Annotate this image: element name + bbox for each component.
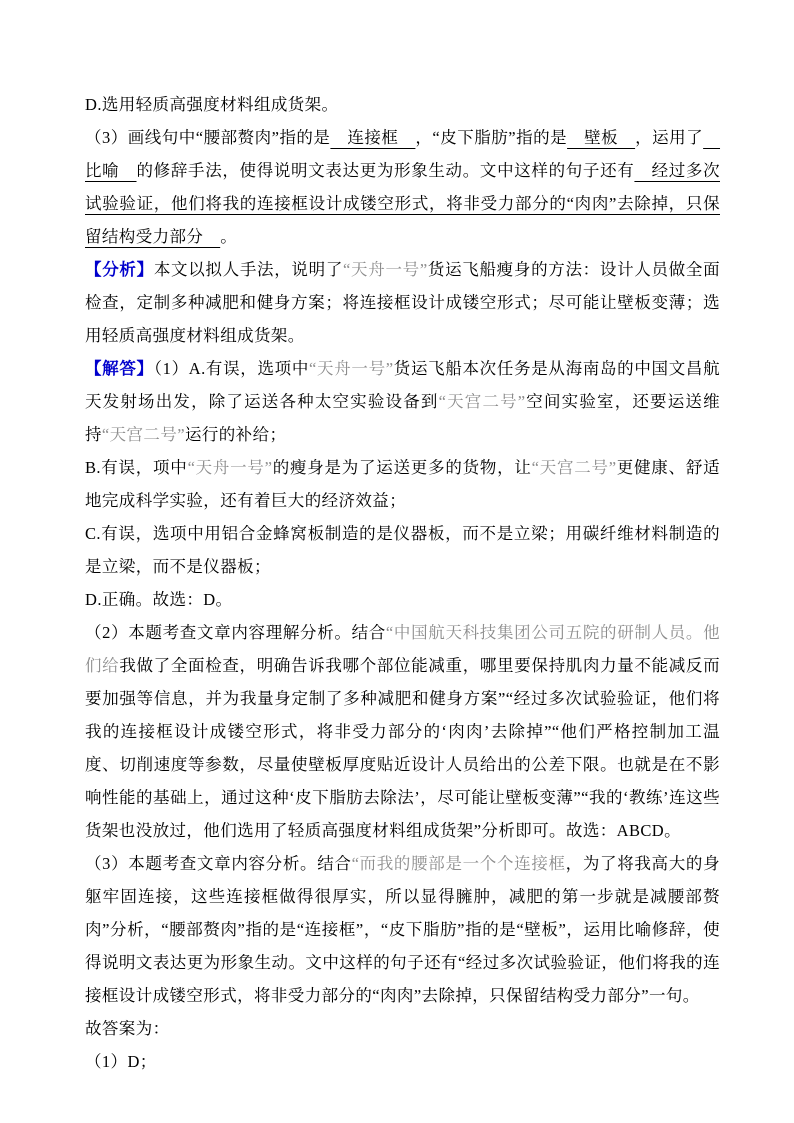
answer-3-paragraph-segment-gray: “而我的腰部是一个个连接框	[352, 854, 566, 873]
answer-1-option-a-segment-blue: 【解答】	[85, 359, 154, 378]
answer-3-paragraph: （3）本题考查文章内容分析。结合“而我的腰部是一个个连接框，为了将我高大的身躯牢…	[85, 847, 720, 1012]
question-3-with-answers-segment-normal: ，“皮下脂肪”指的是	[415, 128, 567, 147]
final-answer-label-segment-normal: 故答案为：	[85, 1019, 170, 1038]
answer-1-option-a-segment-gray: “天舟一号”	[309, 359, 393, 378]
option-d-line: D.选用轻质高强度材料组成货架。	[85, 88, 720, 121]
question-3-with-answers-segment-underline: 壁板	[567, 128, 635, 147]
answer-1-option-a-segment-normal: 运行的补给；	[185, 425, 286, 444]
answer-1-option-a: 【解答】（1）A.有误，选项中“天舟一号”货运飞船本次任务是从海南岛的中国文昌航…	[85, 352, 720, 451]
answer-1-option-d-segment-normal: D.正确。故选：D。	[85, 590, 232, 609]
answer-3-paragraph-segment-normal: （3）本题考查文章内容分析。结合	[85, 854, 352, 873]
final-answer-item-1: （1）D；	[85, 1045, 720, 1078]
answer-1-option-b-segment-gray: “天宫二号”	[532, 458, 617, 477]
a4-page: D.选用轻质高强度材料组成货架。（3）画线句中“腰部赘肉”指的是 连接框 ，“皮…	[0, 0, 794, 1123]
question-3-with-answers-segment-normal: ，运用了	[635, 128, 703, 147]
question-3-with-answers-segment-underline: 连接框	[330, 128, 415, 147]
final-answer-label: 故答案为：	[85, 1012, 720, 1045]
answer-2-paragraph-segment-normal: 我做了全面检查，明确告诉我哪个部位能减重，哪里要保持肌肉力量不能减反而要加强等信…	[85, 656, 720, 840]
answer-1-option-c: C.有误，选项中用铝合金蜂窝板制造的是仪器板，而不是立梁；用碳纤维材料制造的是立…	[85, 517, 720, 583]
analysis-paragraph-segment-normal: 本文以拟人手法，说明了	[154, 260, 343, 279]
question-3-with-answers-segment-normal: 。	[220, 227, 237, 246]
option-d-line-segment-normal: D.选用轻质高强度材料组成货架。	[85, 95, 338, 114]
answer-1-option-a-segment-normal: （1）A.有误，选项中	[154, 359, 309, 378]
analysis-paragraph: 【分析】本文以拟人手法，说明了“天舟一号”货运飞船瘦身的方法：设计人员做全面检查…	[85, 253, 720, 352]
final-answer-item-1-segment-normal: （1）D；	[85, 1052, 157, 1071]
question-3-with-answers-segment-normal: （3）画线句中“腰部赘肉”指的是	[85, 128, 330, 147]
answer-1-option-b: B.有误，项中“天舟一号”的瘦身是为了运送更多的货物，让“天宫二号”更健康、舒适…	[85, 451, 720, 517]
question-3-with-answers: （3）画线句中“腰部赘肉”指的是 连接框 ，“皮下脂肪”指的是 壁板 ，运用了 …	[85, 121, 720, 253]
document-body: D.选用轻质高强度材料组成货架。（3）画线句中“腰部赘肉”指的是 连接框 ，“皮…	[85, 88, 720, 1078]
answer-1-option-a-segment-gray: “天宫二号”	[439, 392, 526, 411]
answer-1-option-d: D.正确。故选：D。	[85, 583, 720, 616]
answer-3-paragraph-segment-normal: ，为了将我高大的身躯牢固连接，这些连接框做得很厚实，所以显得臃肿，减肥的第一步就…	[85, 854, 720, 1005]
question-3-with-answers-segment-normal: 的修辞手法，使得说明文表达更为形象生动。文中这样的句子还有	[137, 161, 635, 180]
document-page: { "colors": { "text": "#000000", "marker…	[0, 0, 794, 1123]
answer-1-option-b-segment-gray: “天舟一号”	[188, 458, 273, 477]
answer-2-paragraph: （2）本题考查文章内容理解分析。结合“中国航天科技集团公司五院的研制人员。他们给…	[85, 616, 720, 847]
answer-2-paragraph-segment-normal: （2）本题考查文章内容理解分析。结合	[85, 623, 386, 642]
analysis-paragraph-segment-blue: 【分析】	[85, 260, 154, 279]
answer-1-option-b-segment-normal: B.有误，项中	[85, 458, 188, 477]
analysis-paragraph-segment-gray: “天舟一号”	[343, 260, 428, 279]
answer-1-option-a-segment-gray: “天宫二号”	[102, 425, 185, 444]
answer-1-option-b-segment-normal: 的瘦身是为了运送更多的货物，让	[272, 458, 531, 477]
answer-1-option-c-segment-normal: C.有误，选项中用铝合金蜂窝板制造的是仪器板，而不是立梁；用碳纤维材料制造的是立…	[85, 524, 720, 576]
